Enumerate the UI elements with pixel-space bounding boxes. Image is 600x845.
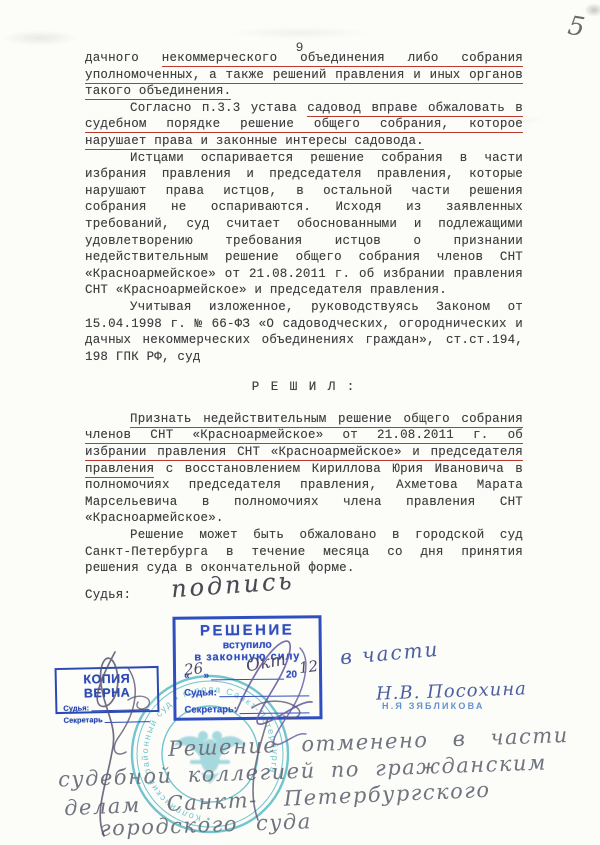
resolution-paragraph: Признать недействительным решение общего… [85,411,523,527]
stamp-date-day-handwritten: 26 [183,659,204,679]
stamp-secretary-row: Секретарь: [184,703,311,715]
copy-verna-stamp: КОПИЯ ВЕРНА Судья: Секретарь [55,666,160,714]
stamp-secretary-label: Секретарь: [184,704,237,716]
text-segment: дачного [85,51,162,65]
stamp-judge-row: Судья: [63,702,151,713]
judge-signature-row: Судья: подпись [85,587,523,617]
judge-signature-handwritten: подпись [171,573,295,598]
stamp-secretary-row: Секретарь [64,714,152,725]
signature-rule-line [91,709,149,711]
signature-rule-line [239,712,309,714]
date-century: 20 [286,669,297,680]
scanned-court-decision-page: 9 5 дачного некоммерческого объединения … [0,0,600,845]
paragraph: Согласно п.3.3 устава садовод вправе обж… [85,100,523,150]
sheet-number-handwritten: 5 [566,11,587,43]
stamp-title: КОПИЯ ВЕРНА [63,671,152,701]
signature-rule-line [105,721,150,723]
text-column: дачного некоммерческого объединения либо… [85,50,523,617]
in-part-note-handwritten: в части [339,637,440,670]
paragraph: Учитывая изложенное, руководствуясь Зако… [85,299,523,365]
stamp-secretary-label: Секретарь [64,715,103,725]
stamp-judge-row: Судья: [184,686,311,698]
text-segment: Согласно п.3.3 устава [130,101,307,115]
text-segment: Истцами оспаривается решение собрания в … [85,151,523,298]
date-month-rule [211,679,284,681]
signature-rule-line [219,695,310,697]
stamp-judge-label: Судья: [63,703,89,713]
resolution-paragraph: Решение может быть обжаловано в городско… [85,527,523,577]
resolution-heading: Р Е Ш И Л : [85,379,523,396]
judge-label: Судья: [85,588,131,602]
text-segment: Учитывая изложенное, руководствуясь Зако… [85,300,523,364]
quote-close: » [204,670,210,681]
stamp-line: РЕШЕНИЕ [184,622,311,639]
stamp-date-year-handwritten: 12 [298,657,319,677]
paragraph: дачного некоммерческого объединения либо… [85,50,523,100]
stamp-judge-label: Судья: [184,687,217,698]
paragraph: Истцами оспаривается решение собрания в … [85,150,523,299]
text-segment: Решение может быть обжаловано в городско… [85,528,523,575]
secretary-name-typed: Н.Я ЗЯБЛИКОВА [382,701,485,711]
